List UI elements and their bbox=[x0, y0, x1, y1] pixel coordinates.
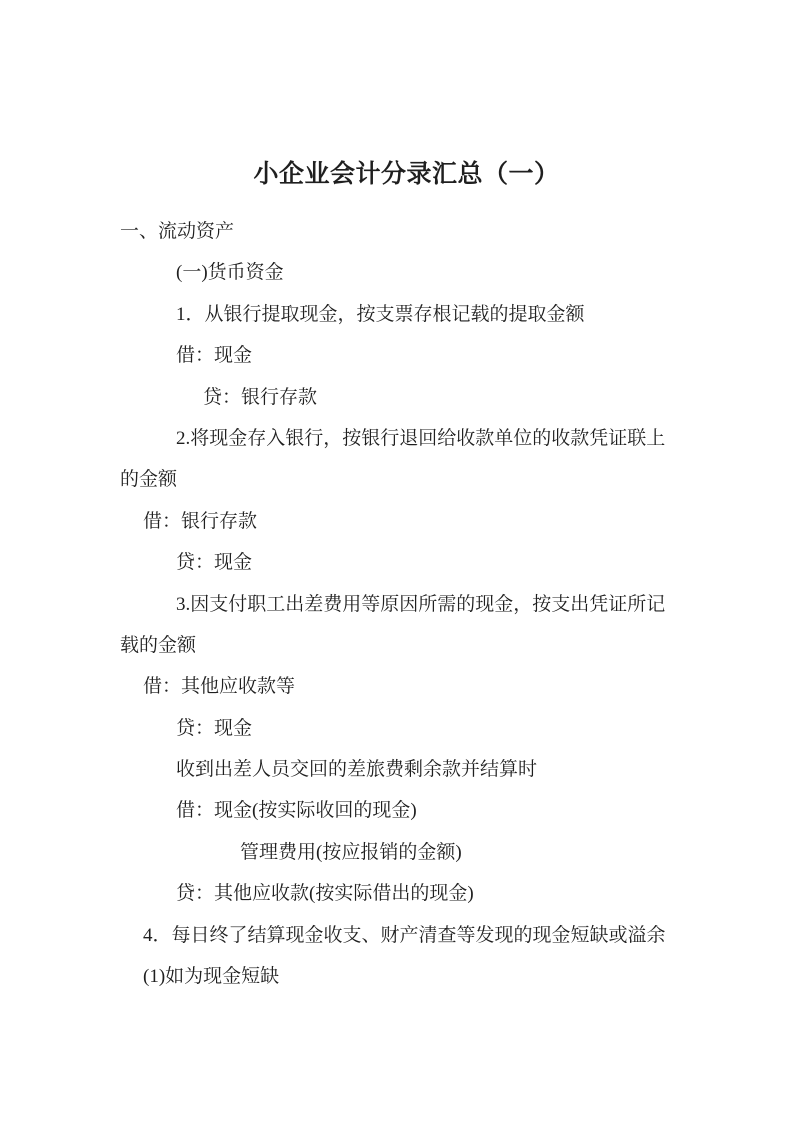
doc-line: 的金额 bbox=[120, 459, 693, 500]
doc-line: 4．每日终了结算现金收支、财产清查等发现的现金短缺或溢余 bbox=[143, 915, 693, 956]
document-title: 小企业会计分录汇总（一） bbox=[120, 0, 693, 192]
doc-line: 收到出差人员交回的差旅费剩余款并结算时 bbox=[176, 749, 693, 790]
doc-line: 借：其他应收款等 bbox=[143, 666, 693, 707]
doc-line: 贷：现金 bbox=[176, 542, 693, 583]
doc-line: 贷：现金 bbox=[176, 708, 693, 749]
document-page: 小企业会计分录汇总（一） 一、流动资产 (一)货币资金 1．从银行提取现金，按支… bbox=[0, 0, 793, 1122]
doc-line: 一、流动资产 bbox=[120, 211, 693, 252]
doc-line: 3.因支付职工出差费用等原因所需的现金，按支出凭证所记 bbox=[176, 584, 693, 625]
document-body: 一、流动资产 (一)货币资金 1．从银行提取现金，按支票存根记载的提取金额 借：… bbox=[120, 211, 693, 997]
doc-line: 借：现金 bbox=[176, 335, 693, 376]
doc-line: (一)货币资金 bbox=[176, 252, 693, 293]
doc-line: 贷：其他应收款(按实际借出的现金) bbox=[176, 873, 693, 914]
doc-line: 2.将现金存入银行，按银行退回给收款单位的收款凭证联上 bbox=[176, 418, 693, 459]
doc-line: 借：现金(按实际收回的现金) bbox=[176, 790, 693, 831]
doc-line: 载的金额 bbox=[120, 625, 693, 666]
doc-line: 贷：银行存款 bbox=[203, 377, 693, 418]
doc-line: 借：银行存款 bbox=[143, 501, 693, 542]
doc-line: (1)如为现金短缺 bbox=[143, 956, 693, 997]
doc-line: 1．从银行提取现金，按支票存根记载的提取金额 bbox=[176, 294, 693, 335]
doc-line: 管理费用(按应报销的金额) bbox=[240, 832, 693, 873]
